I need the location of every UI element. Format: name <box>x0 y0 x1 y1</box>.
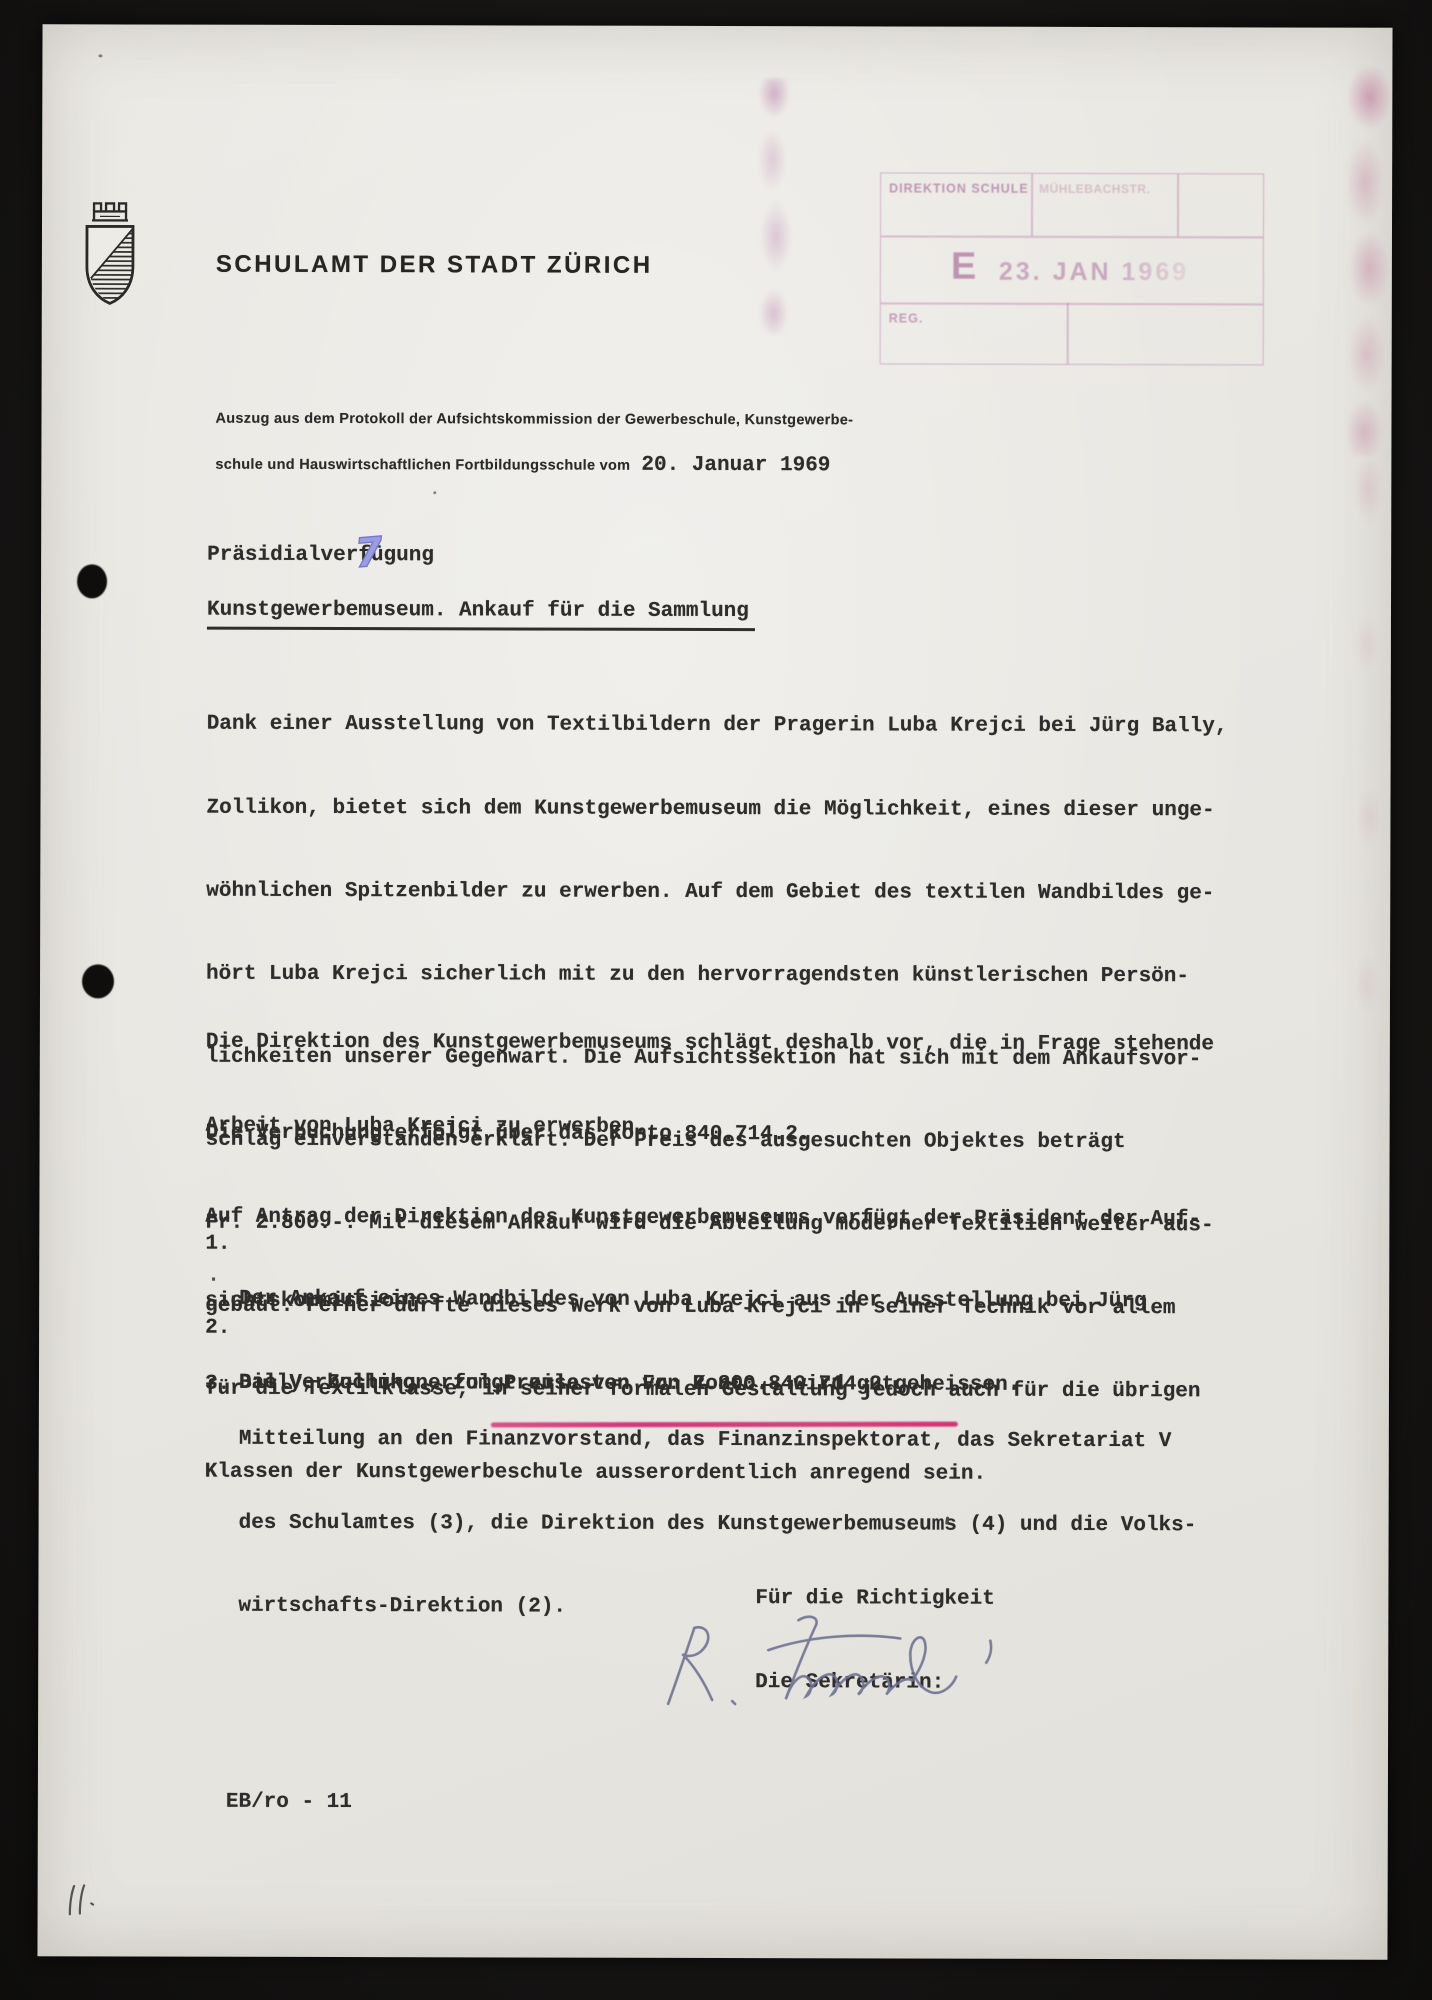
text-line: Auf Antrag der Direktion des Kunstgewerb… <box>205 1204 1201 1234</box>
stamp-grid-line <box>1177 174 1179 236</box>
ink-smudge-edge-tail <box>1352 458 1384 1078</box>
stamp-grid-line <box>881 235 1263 238</box>
text-line: Mitteilung an den Finanzvorstand, das Fi… <box>239 1426 1197 1456</box>
stamp-entry-letter: E <box>951 246 976 289</box>
letterhead-title: SCHULAMT DER STADT ZÜRICH <box>216 251 653 280</box>
ink-smudge-band <box>755 78 794 334</box>
list-item-number: 1. <box>205 1231 230 1259</box>
text-line: Dank einer Ausstellung von Textilbildern… <box>207 711 1228 741</box>
ink-smudge-edge <box>1343 66 1390 456</box>
zurich-coat-of-arms-icon <box>82 194 138 306</box>
text-line: Die Direktion des Kunstgewerbemuseums sc… <box>206 1029 1214 1059</box>
receipt-stamp: DIREKTION SCHULE MÜHLEBACHSTR. E 23. JAN… <box>880 172 1265 365</box>
dust-speck <box>415 1045 418 1049</box>
stamp-grid-line <box>1067 303 1069 364</box>
hole-punch <box>77 564 107 598</box>
stamp-grid-line <box>1031 174 1033 236</box>
text-line: Zollikon, bietet sich dem Kunstgewerbemu… <box>206 794 1227 824</box>
dust-speck <box>98 54 102 57</box>
stamp-office-label: DIREKTION SCHULE <box>889 181 1029 195</box>
stamp-office-label-2: MÜHLEBACHSTR. <box>1039 182 1150 196</box>
decree-label: Präsidialverfügung <box>207 542 434 570</box>
text-line: Die Verbuchung erfolgt über das Konto 84… <box>206 1120 811 1149</box>
stamp-grid-line <box>881 302 1263 305</box>
list-item-number: 3. <box>205 1371 230 1399</box>
stamp-reg-label: REG. <box>889 311 924 325</box>
scanned-document-photo: { "scan": { "background_color": "#141312… <box>0 0 1432 2000</box>
paper-sheet: SCHULAMT DER STADT ZÜRICH DIREKTION SCHU… <box>37 24 1392 1960</box>
typist-reference: EB/ro - 11 <box>226 1789 352 1817</box>
text-line: Der Ankauf eines Wandbildes von Luba Kre… <box>239 1286 1146 1316</box>
pencil-note <box>55 1877 105 1924</box>
subject-heading-text: Kunstgewerbemuseum. Ankauf für die Samml… <box>207 597 755 631</box>
protocol-excerpt-line-2: schule und Hauswirtschaftlichen Fortbild… <box>215 457 630 474</box>
dust-speck <box>433 491 436 494</box>
text-line: wöhnlichen Spitzenbilder zu erwerben. Au… <box>206 877 1227 907</box>
handwritten-signature <box>648 1606 1028 1727</box>
decree-number-handwritten: 7 <box>354 532 385 574</box>
protocol-excerpt-line-1: Auszug aus dem Protokoll der Aufsichtsko… <box>215 411 853 429</box>
stamp-entry-date: 23. JAN 1969 <box>999 258 1189 287</box>
hole-punch <box>82 964 114 998</box>
subject-heading: Kunstgewerbemuseum. Ankauf für die Samml… <box>207 597 755 631</box>
stray-typed-period: . <box>207 1263 220 1291</box>
protocol-date: 20. Januar 1969 <box>641 452 830 480</box>
list-item-number: 2. <box>205 1315 230 1343</box>
red-crayon-underline <box>491 1422 958 1428</box>
text-line: des Schulamtes (3), die Direktion des Ku… <box>239 1509 1197 1539</box>
